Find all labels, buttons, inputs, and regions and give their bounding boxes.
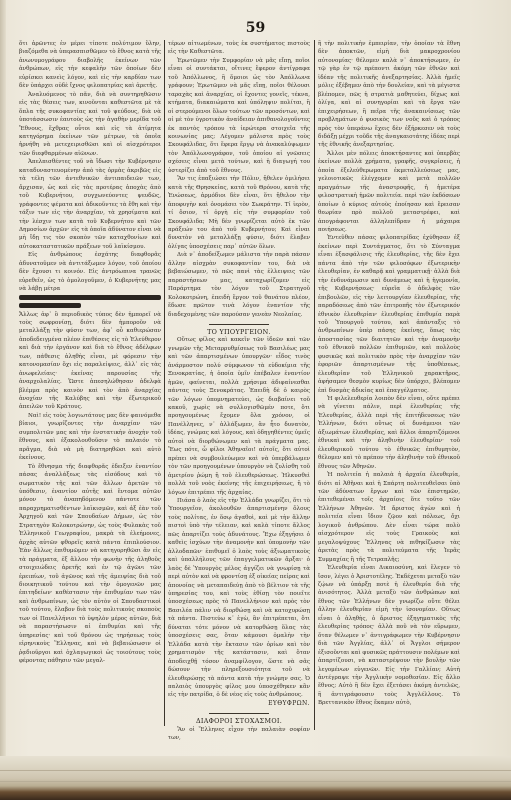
paragraph-text: Ἐρωτῶμεν τὴν Συμφορίαν νὰ μᾶς εἴπῃ, ποῖο…: [168, 58, 310, 174]
paragraph-text: Ἐλευθερία εἶναι Δικαιοσύνη, καὶ ἔλεγεν τ…: [318, 565, 460, 706]
ink-blotted-line: [19, 295, 161, 300]
article-paragraph: Εἰς ἀνθρώπους ἐσχάτης διαφθορᾶς ἀδυνατοῦ…: [19, 251, 161, 310]
author-signature: ΕΥΘΥΦΡΩΝ.: [168, 700, 310, 708]
article-paragraph: Ναὶ! εἰς τοὺς λογιωτάτους μας δὲν φαινόμ…: [19, 412, 161, 463]
article-paragraph: Ἄλλοι μὲν πόλεις ἀποκτήσαντες καὶ ὑπερβὰ…: [318, 150, 460, 235]
paragraph-text: Ἂν οἱ Ἕλληνες εἶχον τὴν παλαιὰν σοφίαν τ…: [168, 727, 310, 741]
column-divider-1: [164, 40, 165, 726]
article-paragraph: Ἐντεῦθεν πάσας φιλοπατρίδας ἐχύθησαν ἐξ …: [318, 234, 460, 395]
paragraph-text: Διὰ ν᾽ ἀποδείξωμεν μάλιστα τὴν παρὰ πάσα…: [168, 252, 310, 317]
article-paragraph: Ἄλλως ἀφ᾽ ὃ περιοδικὸς τύπος δὲν ἠμπορεῖ…: [19, 311, 161, 412]
section-heading: ΤΟ ΥΠΟΥΡΓΕΙΟΝ.: [168, 328, 310, 336]
paragraph-text: Ἄλλως ἀφ᾽ ὃ περιοδικὸς τύπος δὲν ἠμπορεῖ…: [19, 312, 161, 411]
paragraph-text: Εἰς ἀνθρώπους ἐσχάτης διαφθορᾶς ἀδυνατοῦ…: [19, 252, 161, 292]
article-paragraph: Οὔτως φίλος καὶ κακεῖν τῶν ἰδεῶν καὶ τῶν…: [168, 336, 310, 497]
paragraph-text: Ἀναλυόμενος τὸ πᾶν, διὰ νὰ συντηρηθῶσιν …: [19, 92, 161, 157]
torn-page-bottom-edge: [0, 756, 511, 800]
ink-blotted-line: [19, 303, 81, 308]
article-paragraph: Ἐρωτῶμεν τὴν Συμφορίαν νὰ μᾶς εἴπῃ, ποῖο…: [168, 57, 310, 175]
article-paragraph: ὅτι ἀρῶντες ἐν μέρει τίποτε πολύτιμον ὕλ…: [19, 40, 161, 91]
text-column-3: ἢ τὴν πολιτικὴν ἐμπειρίαν, τὴν ὁποίαν τὰ…: [318, 40, 460, 708]
paragraph-text: ΔΙΑΦΟΡΟΙ ΣΤΟΧΑΣΜΟΙ.: [196, 717, 282, 725]
article-paragraph: Ἂν τις ἐπαξιώσει τὴν Πόλιν, ἤθελεν ὁμιλή…: [168, 175, 310, 251]
article-paragraph: τέρων αἰτιωμένων, τοὺς ἐκ συστήματος πισ…: [168, 40, 310, 57]
paper-fold-line: [0, 781, 511, 782]
article-paragraph: Ἀναλυόμενος τὸ πᾶν, διὰ νὰ συντηρηθῶσιν …: [19, 91, 161, 159]
article-paragraph: Τὸ ἔθνησμα τῆς διαφθορᾶς ἐδειξεν ἐναντίο…: [19, 463, 161, 666]
paragraph-text: ἢ τὴν πολιτικὴν ἐμπειρίαν, τὴν ὁποίαν τὰ…: [318, 41, 460, 148]
paragraph-text: Ἀπελπισθέντες τοῦ νὰ ἴδωσι τὴν Κυβέρνησι…: [19, 159, 161, 250]
newspaper-page: 59 ὅτι ἀρῶντες ἐν μέρει τίποτε πολύτιμον…: [0, 0, 511, 800]
article-paragraph: Ἀπελπισθέντες τοῦ νὰ ἴδωσι τὴν Κυβέρνησι…: [19, 158, 161, 251]
paragraph-text: ΤΟ ΥΠΟΥΡΓΕΙΟΝ.: [207, 328, 271, 336]
paragraph-text: Ἄλλοι μὲν πόλεις ἀποκτήσαντες καὶ ὑπερβὰ…: [318, 151, 460, 233]
section-separator-rule: [209, 324, 269, 325]
column-divider-2: [314, 40, 315, 730]
paragraph-text: Ἡ φιλελευθερία λοιπὸν δὲν εἶναι, οὔτε πρ…: [318, 396, 460, 470]
paragraph-text: ΕΥΘΥΦΡΩΝ.: [268, 700, 310, 707]
article-paragraph: Ἡ πολιτεία ἡ παλαιὰ ἡ ἀρχαία ἐλευθερία, …: [318, 471, 460, 564]
paragraph-text: Οὔτως φίλος καὶ κακεῖν τῶν ἰδεῶν καὶ τῶν…: [168, 337, 310, 495]
paragraph-text: τέρων αἰτιωμένων, τοὺς ἐκ συστήματος πισ…: [168, 41, 310, 55]
article-paragraph: Ἂν οἱ Ἕλληνες εἶχον τὴν παλαιὰν σοφίαν τ…: [168, 726, 310, 743]
article-paragraph: Διὰ ν᾽ ἀποδείξωμεν μάλιστα τὴν παρὰ πάσα…: [168, 251, 310, 319]
article-paragraph: Ἐλευθερία εἶναι Δικαιοσύνη, καὶ ἔλεγεν τ…: [318, 564, 460, 708]
text-column-2: τέρων αἰτιωμένων, τοὺς ἐκ συστήματος πισ…: [168, 40, 310, 743]
text-column-1: ὅτι ἀρῶντες ἐν μέρει τίποτε πολύτιμον ὕλ…: [19, 40, 161, 666]
paragraph-text: Ἂν τις ἐπαξιώσει τὴν Πόλιν, ἤθελεν ὁμιλή…: [168, 176, 310, 250]
paragraph-text: Τὸ ἔθνησμα τῆς διαφθορᾶς ἐδειξεν ἐναντίο…: [19, 464, 161, 664]
page-number: 59: [0, 20, 511, 36]
section-separator-rule: [209, 713, 269, 714]
paragraph-text: Ναὶ! εἰς τοὺς λογιωτάτους μας δὲν φαινόμ…: [19, 413, 161, 461]
paragraph-text: Ἐντεῦθεν πάσας φιλοπατρίδας ἐχύθησαν ἐξ …: [318, 235, 460, 393]
paper-fold-line: [0, 770, 511, 771]
paragraph-text: ὅτι ἀρῶντες ἐν μέρει τίποτε πολύτιμον ὕλ…: [19, 41, 161, 89]
page-spine-shadow: [0, 0, 6, 800]
article-paragraph: ἢ τὴν πολιτικὴν ἐμπειρίαν, τὴν ὁποίαν τὰ…: [318, 40, 460, 150]
section-heading: ΔΙΑΦΟΡΟΙ ΣΤΟΧΑΣΜΟΙ.: [168, 717, 310, 725]
paragraph-text: Πιάσα ὁ λαὸς εἰς τὴν Ἑλλάδα γνωρίζει, ὅτ…: [168, 498, 310, 698]
article-paragraph: Ἡ φιλελευθερία λοιπὸν δὲν εἶναι, οὔτε πρ…: [318, 395, 460, 471]
paragraph-text: Ἡ πολιτεία ἡ παλαιὰ ἡ ἀρχαία ἐλευθερία, …: [318, 472, 460, 563]
article-paragraph: Πιάσα ὁ λαὸς εἰς τὴν Ἑλλάδα γνωρίζει, ὅτ…: [168, 497, 310, 700]
